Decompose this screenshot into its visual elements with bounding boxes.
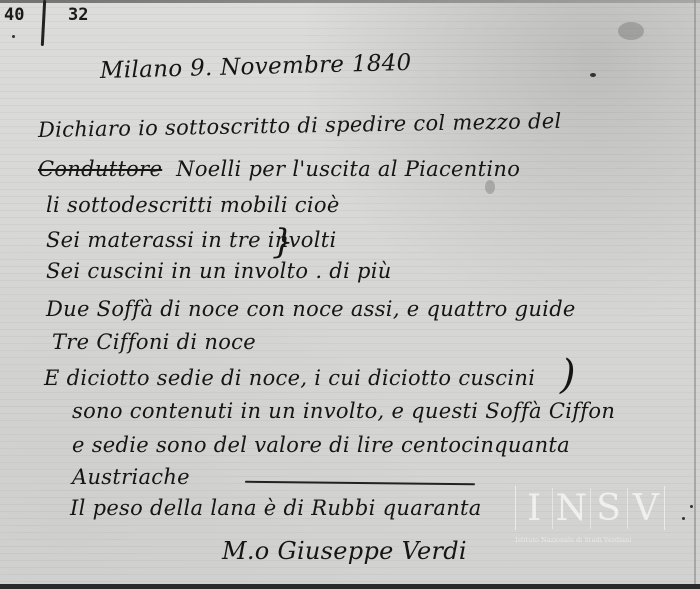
watermark-letters: I N S V bbox=[515, 486, 665, 530]
signature: M.o Giuseppe Verdi bbox=[222, 537, 467, 565]
struck-word: Conduttore bbox=[38, 157, 162, 181]
insv-watermark: I N S V Istituto Nazionale di Studi Verd… bbox=[515, 486, 665, 558]
paper-stain bbox=[485, 180, 495, 194]
manuscript-line-10: e sedie sono del valore di lire centocin… bbox=[72, 433, 570, 457]
grouping-brace: } bbox=[272, 222, 294, 262]
manuscript-line-11: Austriache bbox=[72, 465, 190, 489]
watermark-caption: Istituto Nazionale di Studi Verdiani bbox=[515, 536, 665, 544]
manuscript-line-1: Dichiaro io sottoscritto di spedire col … bbox=[38, 109, 562, 142]
manuscript-line-7: Tre Ciffoni di noce bbox=[52, 330, 256, 354]
watermark-letter: V bbox=[628, 488, 664, 529]
manuscript-line-5: Sei cuscini in un involto . di più bbox=[46, 259, 392, 283]
manuscript-line-8: E diciotto sedie di noce, i cui diciotto… bbox=[44, 366, 535, 390]
ink-speck bbox=[690, 505, 693, 508]
page-right-edge bbox=[694, 0, 696, 589]
line-2-rest: Noelli per l'uscita al Piacentino bbox=[169, 157, 520, 181]
manuscript-line-2: Conduttore Noelli per l'uscita al Piacen… bbox=[38, 157, 520, 181]
manuscript-line-6: Due Soffà di noce con noce assi, e quatt… bbox=[46, 297, 576, 321]
manuscript-line-9: sono contenuti in un involto, e questi S… bbox=[72, 399, 615, 423]
page-bottom-edge bbox=[0, 584, 700, 589]
margin-ink-stroke bbox=[41, 0, 46, 46]
folio-number-secondary: 32 bbox=[68, 5, 88, 25]
ink-speck bbox=[590, 73, 596, 77]
ink-speck bbox=[682, 517, 685, 520]
closing-bracket: ) bbox=[560, 352, 576, 398]
watermark-letter: I bbox=[516, 488, 553, 529]
folio-number-primary: 40 bbox=[4, 5, 24, 25]
watermark-letter: N bbox=[553, 488, 590, 529]
page-top-edge bbox=[0, 0, 700, 3]
watermark-letter: S bbox=[591, 488, 628, 529]
manuscript-line-12: Il peso della lana è di Rubbi quaranta bbox=[70, 496, 482, 520]
manuscript-line-3: li sottodescritti mobili cioè bbox=[46, 193, 340, 217]
ink-speck bbox=[12, 35, 15, 38]
paper-stain bbox=[618, 22, 644, 40]
date-heading: Milano 9. Novembre 1840 bbox=[100, 50, 412, 84]
manuscript-page: 40 32 Milano 9. Novembre 1840 Dichiaro i… bbox=[0, 0, 700, 589]
line-fill-stroke bbox=[245, 481, 475, 485]
